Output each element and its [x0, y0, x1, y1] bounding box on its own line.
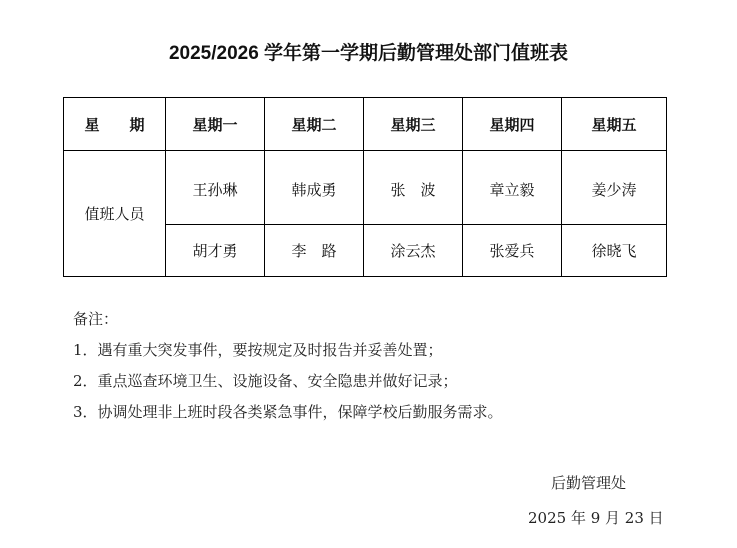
row-label-duty-staff: 值班人员 — [64, 151, 166, 277]
header-cell-thursday: 星期四 — [463, 98, 562, 151]
signature-department: 后勤管理处 — [551, 472, 626, 493]
table-cell: 张 波 — [364, 151, 463, 225]
table-cell: 胡才勇 — [166, 225, 265, 277]
table-cell: 张爱兵 — [463, 225, 562, 277]
table-cell: 韩成勇 — [265, 151, 364, 225]
signature-date: 2025 年 9 月 23 日 — [528, 507, 664, 528]
note-item: 2．重点巡查环境卫生、设施设备、安全隐患并做好记录； — [73, 370, 503, 401]
table-cell: 章立毅 — [463, 151, 562, 225]
table-cell: 李 路 — [265, 225, 364, 277]
header-cell-monday: 星期一 — [166, 98, 265, 151]
document-title: 2025/2026 学年第一学期后勤管理处部门值班表 — [0, 38, 737, 65]
table-cell: 涂云杰 — [364, 225, 463, 277]
duty-schedule-table: 星 期 星期一 星期二 星期三 星期四 星期五 值班人员 王孙琳 韩成勇 张 波… — [63, 97, 667, 277]
table-cell: 徐晓飞 — [562, 225, 667, 277]
notes-section: 备注： 1．遇有重大突发事件，要按规定及时报告并妥善处置； 2．重点巡查环境卫生… — [73, 308, 503, 432]
header-cell-friday: 星期五 — [562, 98, 667, 151]
table-row: 值班人员 王孙琳 韩成勇 张 波 章立毅 姜少涛 — [64, 151, 667, 225]
header-cell-weekday: 星 期 — [64, 98, 166, 151]
note-item: 3．协调处理非上班时段各类紧急事件，保障学校后勤服务需求。 — [73, 401, 503, 432]
table-cell: 姜少涛 — [562, 151, 667, 225]
header-cell-tuesday: 星期二 — [265, 98, 364, 151]
note-item: 1．遇有重大突发事件，要按规定及时报告并妥善处置； — [73, 339, 503, 370]
header-cell-wednesday: 星期三 — [364, 98, 463, 151]
table-cell: 王孙琳 — [166, 151, 265, 225]
notes-heading: 备注： — [73, 308, 503, 339]
table-header-row: 星 期 星期一 星期二 星期三 星期四 星期五 — [64, 98, 667, 151]
